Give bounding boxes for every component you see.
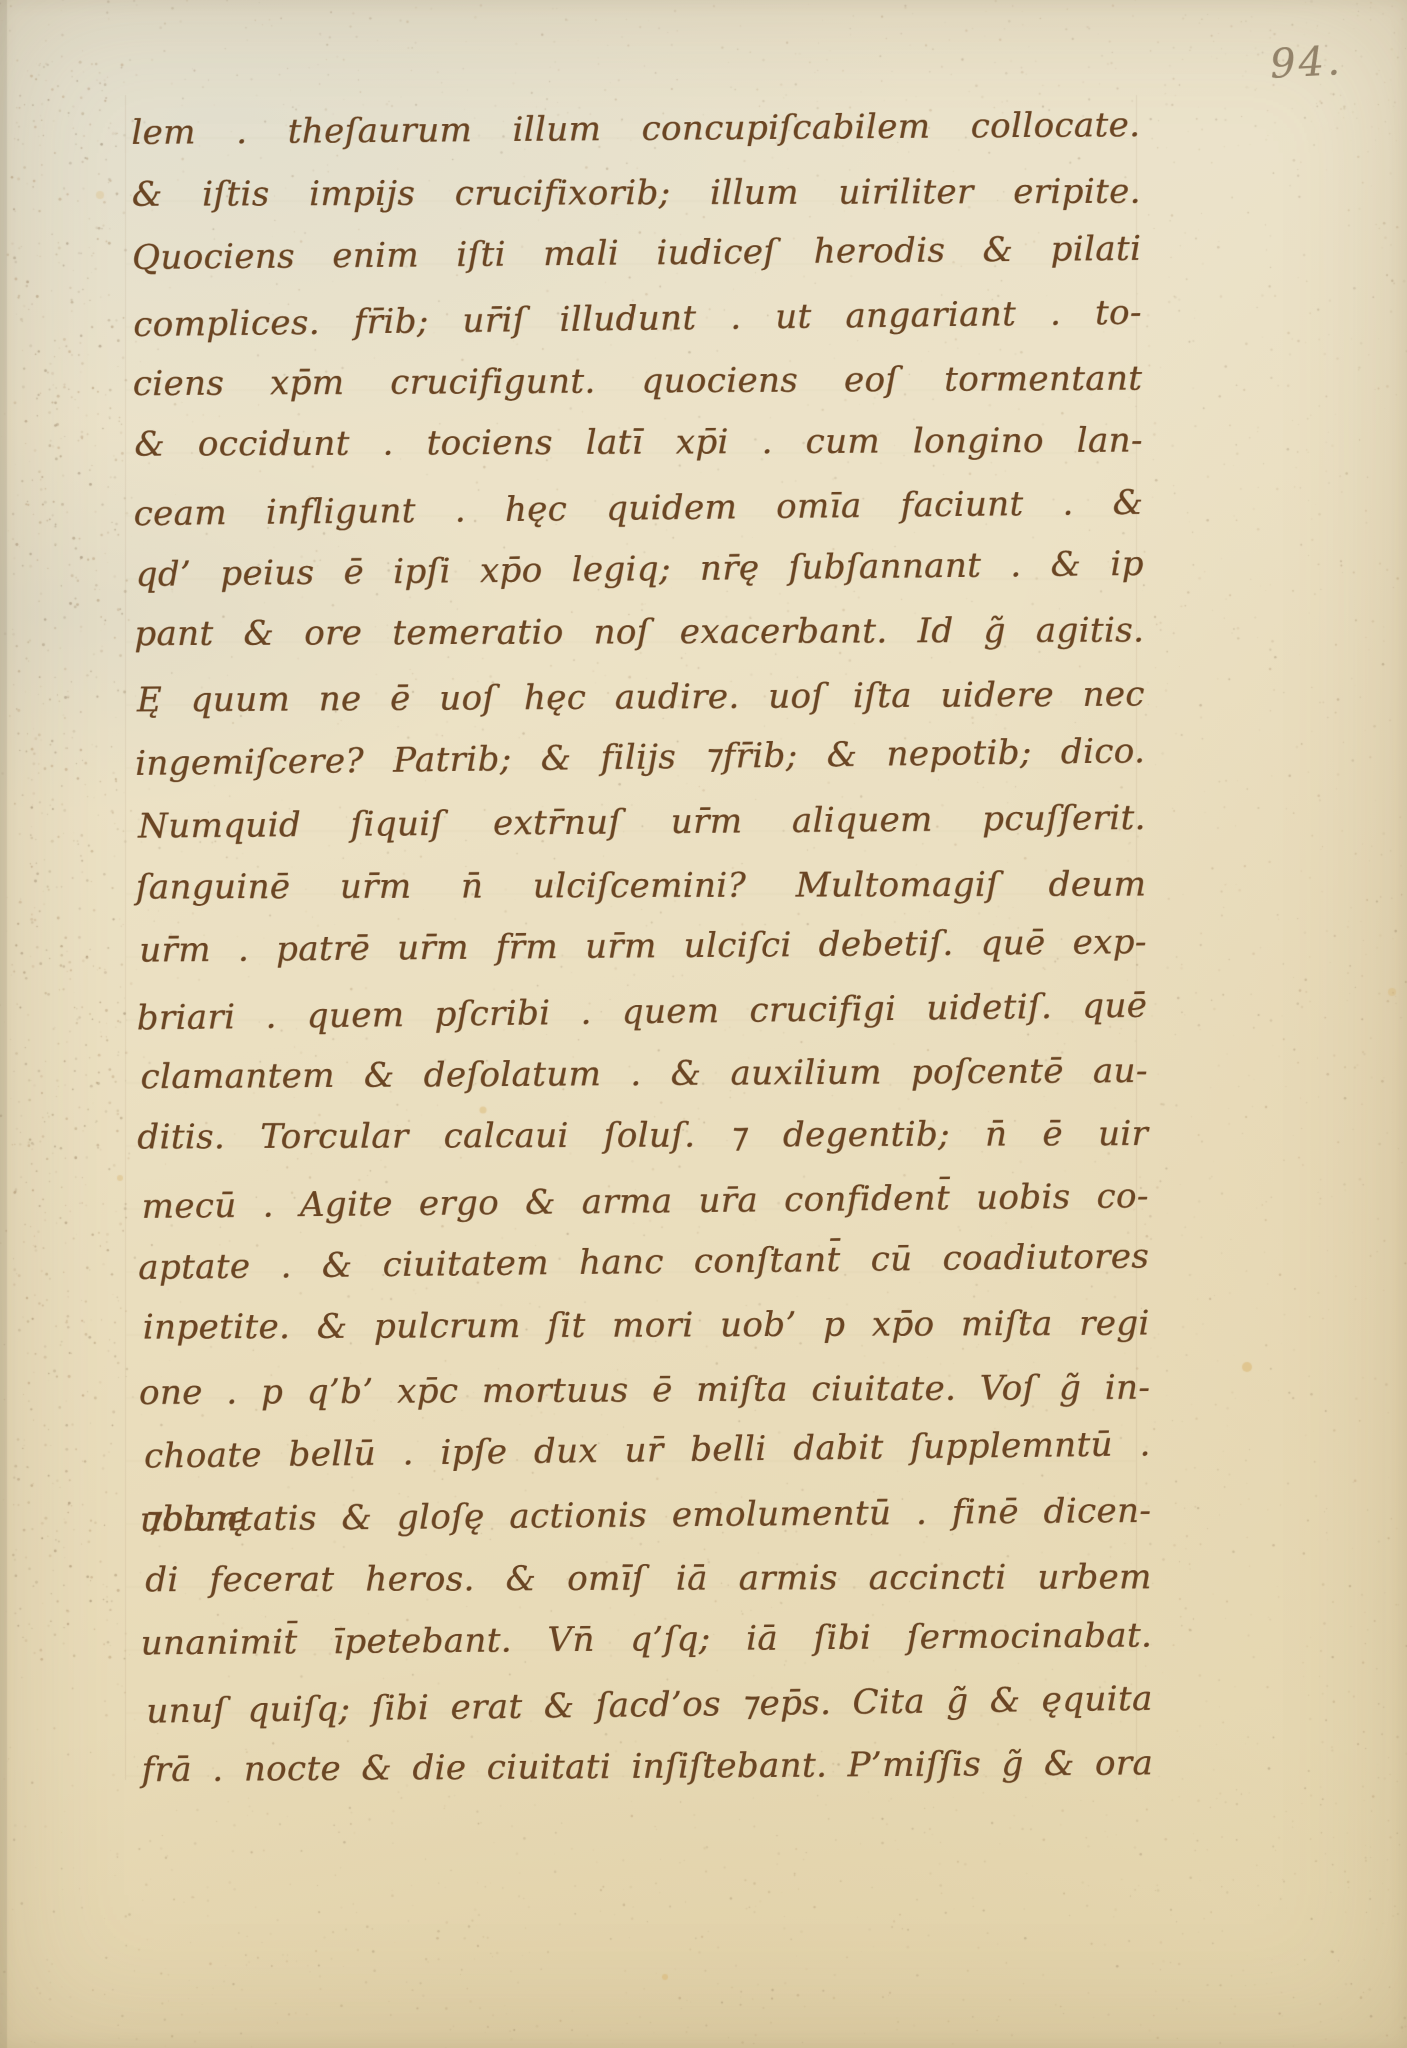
folio-number: 94. (1269, 38, 1344, 88)
manuscript-line: briari . quem pſcribi . quem crucifigi u… (135, 975, 1148, 1051)
manuscript-line: qd’ peius ē ipſi xp̄o legiq; nr̄ę ſubſan… (131, 533, 1144, 607)
manuscript-line: uoluntatis & gloſę actionis emolumentū .… (139, 1480, 1152, 1552)
manuscript-line: & occidunt . tociens latī xp̄i . cum lon… (131, 410, 1143, 477)
manuscript-line: Quociens enim iſti mali iudiceſ herodis … (129, 218, 1142, 290)
manuscript-line: unanimit̄ īpetebant. Vn̄ q’ſq; iā ſibi ſ… (140, 1604, 1152, 1675)
manuscript-page: 94. lem . theſaurum illum concupiſcabile… (0, 0, 1407, 2048)
manuscript-line: lem . theſaurum illum concupiſcabilem co… (128, 94, 1140, 165)
manuscript-line: aptate . & ciuitatem hanc conſtant̄ cū c… (137, 1225, 1150, 1299)
manuscript-line: ditis. Torcular calcaui ſoluſ. ⁊ degenti… (136, 1103, 1148, 1170)
manuscript-line: di fecerat heros. & omīſ iā armis accinc… (140, 1546, 1152, 1612)
manuscript-line: choate bellū . ipſe dux ur̄ belli dabit … (138, 1413, 1151, 1488)
manuscript-line: & iſtis impijs crucifixorib; illum uiril… (129, 161, 1141, 227)
manuscript-line: frā . nocte & die ciuitati inſiſtebant. … (141, 1732, 1153, 1802)
manuscript-line: inpetite. & pulcrum ſit mori uob’ p xp̄o… (138, 1293, 1150, 1360)
manuscript-line: unuſ quiſq; ſibi erat & ſacd’os ⁊ep̄s. C… (140, 1668, 1153, 1744)
manuscript-line: Numquid ſiquiſ extr̄nuſ ur̄m aliquem pcu… (133, 787, 1146, 859)
manuscript-line: ur̄m . patrē ur̄m fr̄m ur̄m ulciſci debe… (134, 911, 1146, 982)
manuscript-line: ciens xp̄m crucifigunt. quociens eoſ tor… (130, 348, 1142, 416)
manuscript-line: clamantem & deſolatum . & auxilium poſce… (135, 1040, 1147, 1109)
manuscript-line: complices. fr̄ib; ur̄iſ illudunt . ut an… (129, 282, 1142, 358)
manuscript-line: pant & ore temeratio noſ exacerbant. Id … (132, 599, 1144, 666)
manuscript-line: ſanguinē ur̄m n̄ ulciſcemini? Multomagiſ… (134, 854, 1146, 920)
manuscript-text-block: lem . theſaurum illum concupiſcabilem co… (128, 94, 1153, 1803)
manuscript-line: ingemiſcere? Patrib; & filijs ⁊fr̄ib; & … (133, 720, 1146, 796)
